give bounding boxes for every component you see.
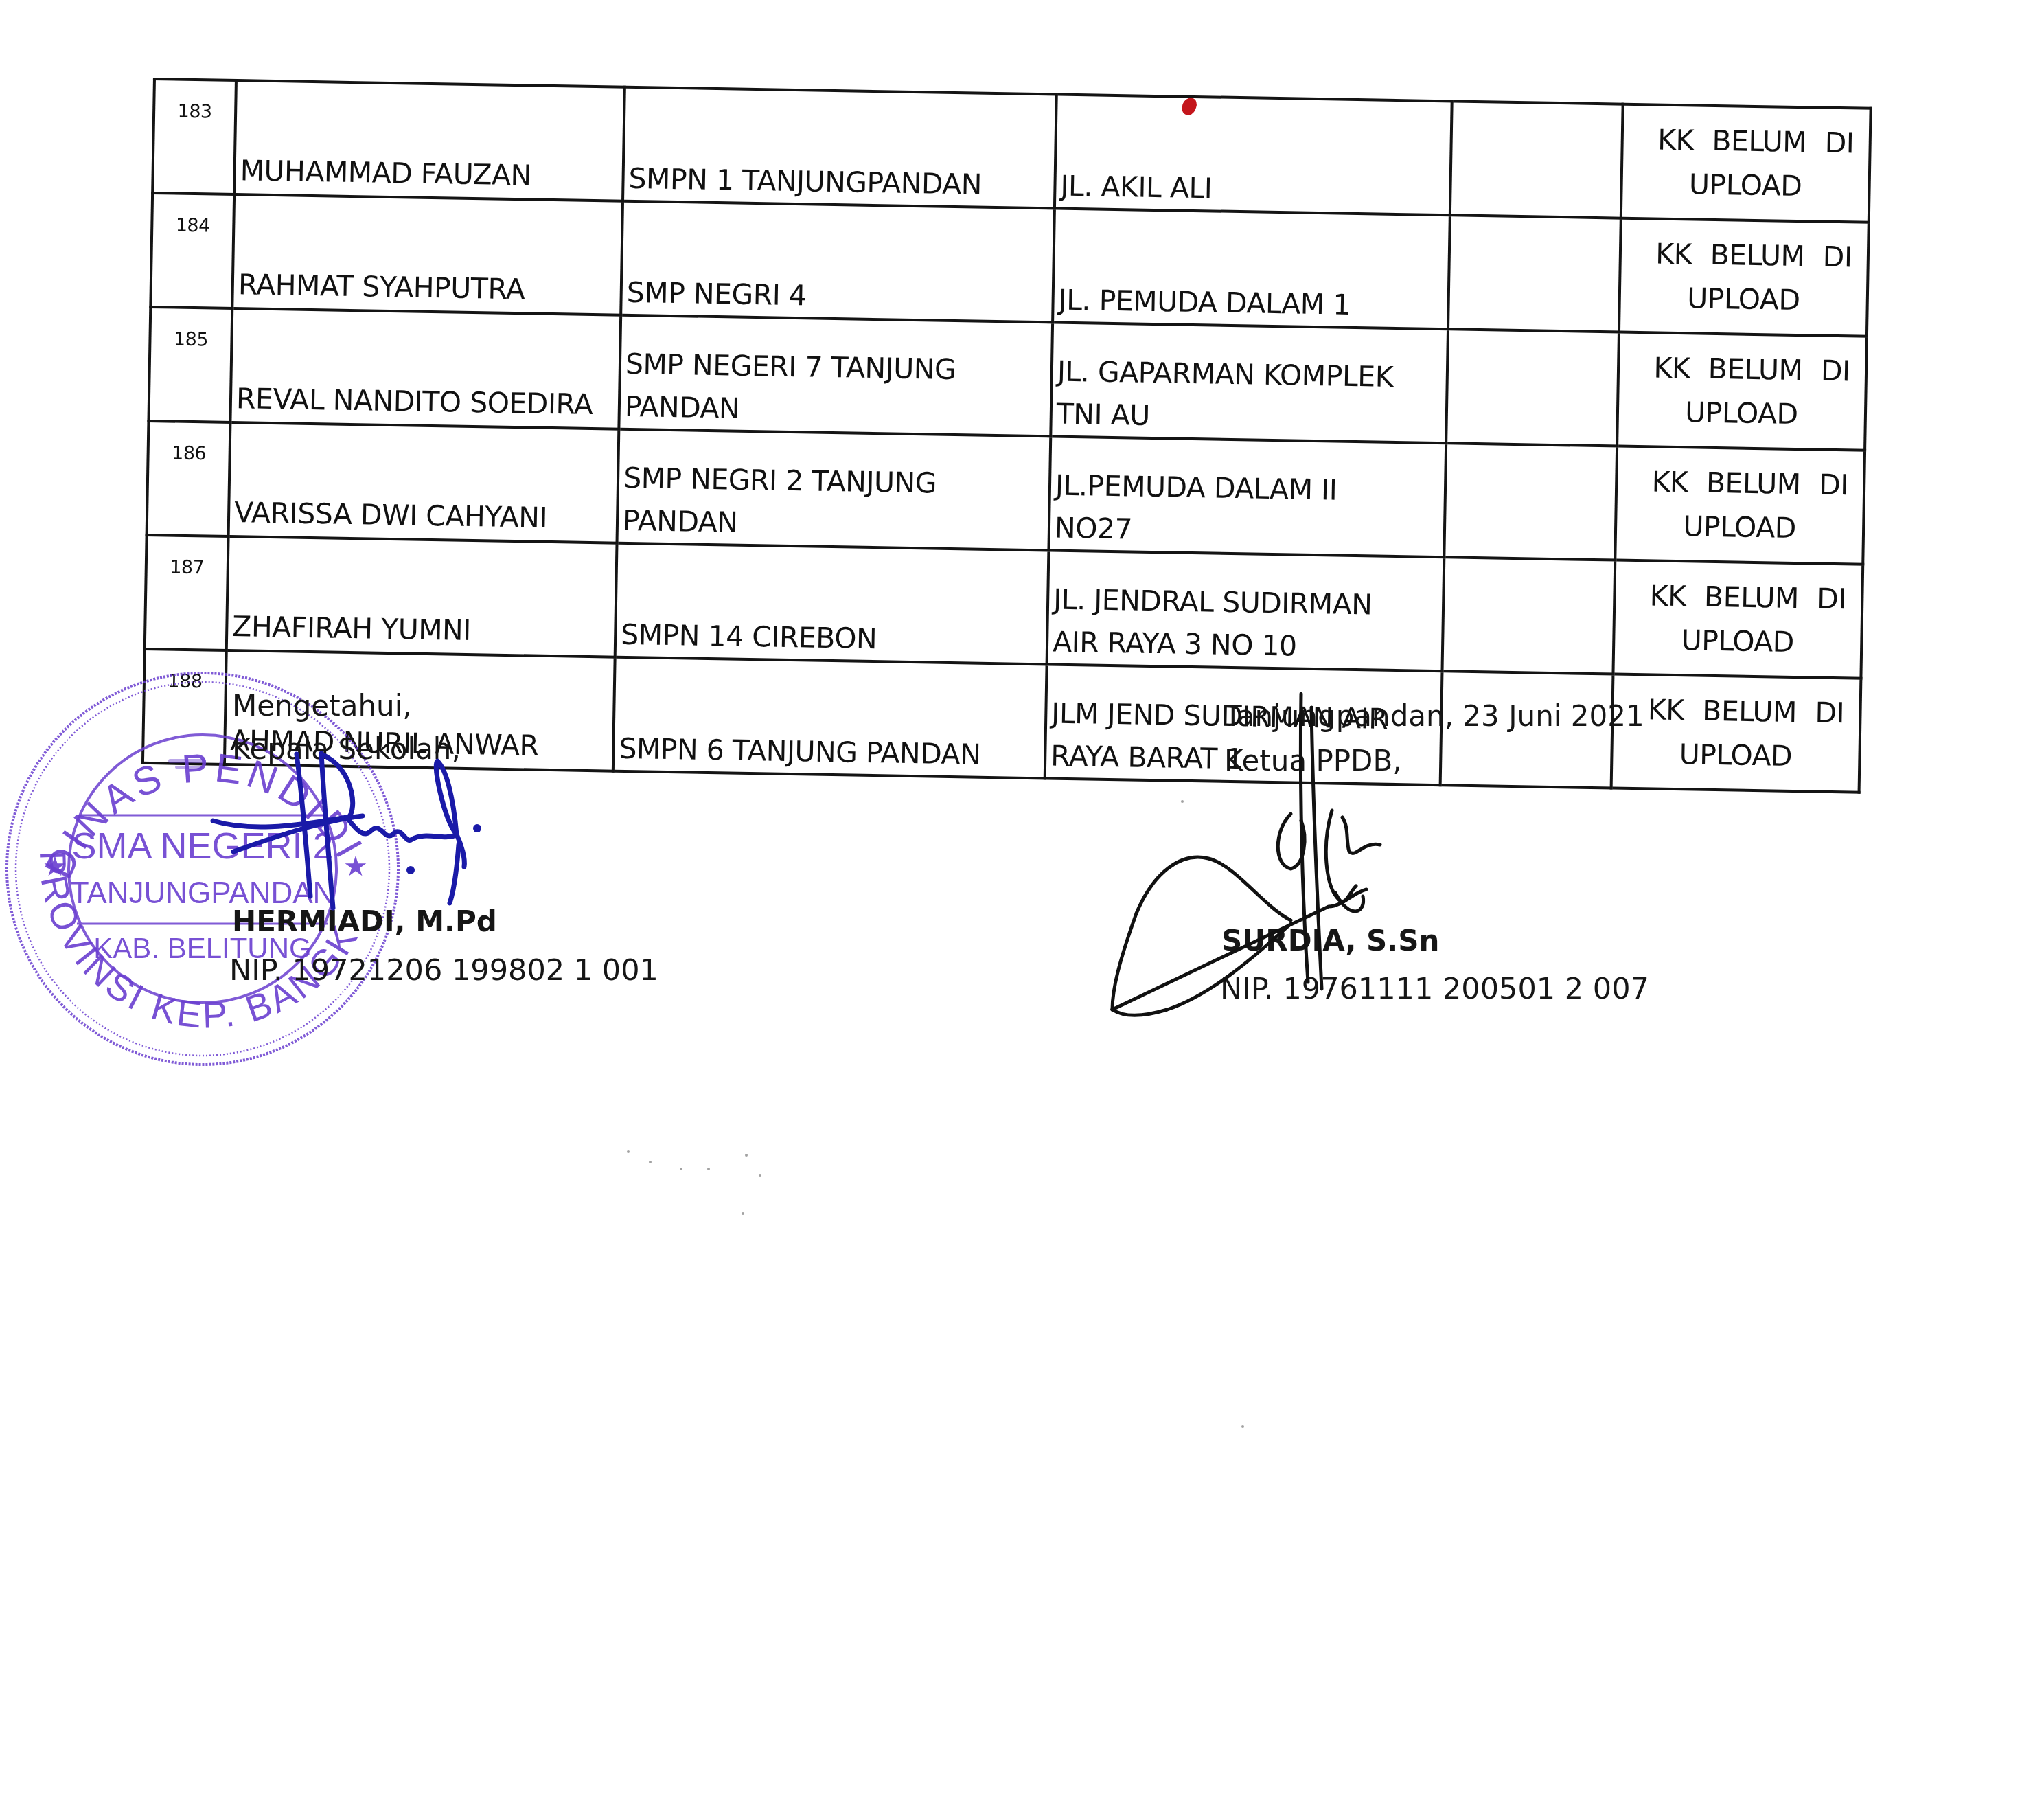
origin-school: SMP NEGRI 4 — [621, 201, 1055, 323]
student-name: RAHMAT SYAHPUTRA — [232, 194, 623, 315]
acknowledged-label: Mengetahui, — [232, 689, 412, 723]
empty-cell — [1442, 557, 1615, 674]
principal-title: Kepala Sekolah, — [232, 732, 461, 766]
principal-name: HERMIADI, M.Pd — [232, 904, 497, 939]
stamp-star-right-icon: ★ — [343, 852, 368, 882]
student-name: MUHAMMAD FAUZAN — [234, 80, 625, 201]
scan-noise — [742, 1212, 744, 1215]
student-table: 183 MUHAMMAD FAUZAN SMPN 1 TANJUNGPANDAN… — [143, 78, 1869, 653]
status-line: KK BELUM DI — [1625, 231, 1863, 280]
address-line: JL. PEMUDA DALAM 1 — [1058, 279, 1443, 328]
principal-nip: NIP. 19721206 199802 1 001 — [229, 953, 658, 988]
school-line: SMP NEGERI 7 TANJUNG — [625, 343, 1046, 392]
empty-cell — [1446, 329, 1619, 446]
address-line: TNI AU — [1056, 393, 1441, 442]
status-line: KK BELUM DI — [1627, 117, 1865, 166]
row-number: 184 — [150, 193, 234, 308]
principal-signature-dots-icon — [406, 824, 481, 874]
place-date: Tanjungpandan, 23 Juni 2021 — [1224, 699, 1644, 733]
school-stamp: DINAS PENDIDIKAN PROVINSI KEP. BANGKA BE… — [0, 670, 412, 1082]
status-note: KK BELUM DIUPLOAD — [1619, 218, 1869, 337]
status-line: UPLOAD — [1621, 503, 1859, 551]
school-line: SMP NEGRI 2 TANJUNG — [623, 457, 1045, 506]
stamp-inner-line1: SMA NEGERI 2 — [71, 826, 333, 867]
scan-noise — [1241, 1425, 1244, 1428]
status-line: KK BELUM DI — [1618, 687, 1855, 736]
status-note: KK BELUM DIUPLOAD — [1611, 674, 1861, 792]
empty-cell — [1448, 215, 1621, 332]
scan-noise — [627, 1150, 630, 1153]
student-name: VARISSA DWI CAHYANI — [229, 422, 619, 543]
student-name: REVAL NANDITO SOEDIRA — [230, 308, 621, 429]
status-note: KK BELUM DIUPLOAD — [1617, 332, 1867, 451]
scan-noise — [680, 1168, 682, 1170]
address: JL. GAPARMAN KOMPLEKTNI AU — [1050, 322, 1448, 443]
status-note: KK BELUM DIUPLOAD — [1621, 104, 1871, 223]
status-line: UPLOAD — [1622, 389, 1860, 437]
address-line: NO27 — [1054, 507, 1439, 556]
scan-noise — [707, 1168, 710, 1170]
committee-chair-nip: NIP. 19761111 200501 2 007 — [1220, 972, 1649, 1006]
row-number: 183 — [152, 79, 236, 194]
status-note: KK BELUM DIUPLOAD — [1613, 560, 1863, 679]
address-line: JL. GAPARMAN KOMPLEK — [1057, 350, 1442, 400]
row-number: 186 — [147, 421, 231, 536]
origin-school: SMPN 14 CIREBON — [615, 543, 1049, 665]
status-line: UPLOAD — [1627, 161, 1864, 209]
status-line: UPLOAD — [1624, 275, 1862, 323]
scan-noise — [1181, 800, 1184, 803]
status-line: UPLOAD — [1619, 617, 1857, 665]
scan-noise — [759, 1174, 761, 1177]
origin-school: SMPN 6 TANJUNG PANDAN — [613, 657, 1047, 779]
origin-school: SMP NEGERI 7 TANJUNGPANDAN — [619, 315, 1053, 437]
stamp-star-left-icon: ★ — [43, 852, 67, 882]
address: JL. PEMUDA DALAM 1 — [1053, 208, 1450, 329]
status-line: KK BELUM DI — [1624, 345, 1861, 394]
school-line: SMP NEGRI 4 — [626, 271, 1048, 321]
committee-chair-title: Ketua PPDB, — [1224, 744, 1402, 778]
address-line: JL. JENDRAL SUDIRMAN — [1053, 578, 1438, 628]
committee-chair-name: SURDIA, S.Sn — [1221, 924, 1439, 958]
status-line: KK BELUM DI — [1622, 459, 1859, 508]
status-note: KK BELUM DIUPLOAD — [1615, 446, 1865, 565]
school-line: SMPN 14 CIREBON — [621, 613, 1042, 663]
school-line: PANDAN — [623, 499, 1044, 549]
school-line: SMPN 6 TANJUNG PANDAN — [619, 727, 1040, 777]
school-line: SMPN 1 TANJUNGPANDAN — [628, 157, 1050, 207]
empty-cell — [1444, 443, 1617, 560]
origin-school: SMPN 1 TANJUNGPANDAN — [623, 87, 1057, 209]
row-number: 187 — [145, 535, 229, 650]
address-line: JL.PEMUDA DALAM II — [1055, 464, 1440, 514]
empty-cell — [1450, 101, 1623, 218]
scan-noise — [649, 1161, 652, 1163]
address: JL.PEMUDA DALAM IINO27 — [1048, 436, 1446, 557]
school-line: PANDAN — [624, 385, 1046, 435]
student-name: ZHAFIRAH YUMNI — [227, 536, 617, 657]
scan-noise — [745, 1154, 748, 1157]
status-line: UPLOAD — [1617, 731, 1854, 779]
address-line: AIR RAYA 3 NO 10 — [1053, 621, 1438, 670]
address: JL. JENDRAL SUDIRMANAIR RAYA 3 NO 10 — [1047, 550, 1445, 671]
address-line: JL. AKIL ALI — [1060, 165, 1445, 214]
origin-school: SMP NEGRI 2 TANJUNGPANDAN — [617, 429, 1051, 551]
address: JL. AKIL ALI — [1055, 95, 1452, 216]
status-line: KK BELUM DI — [1620, 573, 1857, 622]
row-number: 185 — [148, 307, 232, 422]
